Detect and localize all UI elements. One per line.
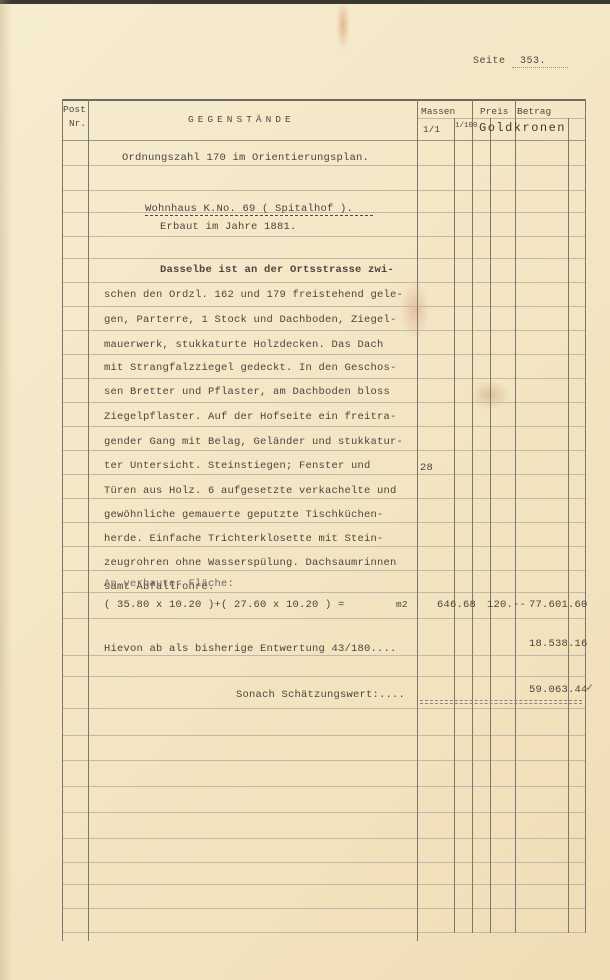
ruled-row-line <box>62 450 585 451</box>
description-line: zeugrohren ohne Wasserspülung. Dachsaumr… <box>104 557 397 569</box>
gegenstaende-header: GEGENSTÄNDE <box>188 114 295 125</box>
page-binding-shadow <box>0 0 12 980</box>
preis-column-divider <box>472 99 473 933</box>
description-line: gender Gang mit Belag, Geländer und stuk… <box>104 436 403 448</box>
description-line: sen Bretter und Pflaster, am Dachboden b… <box>104 386 390 398</box>
ruled-row-line <box>62 812 585 813</box>
ruled-row-line <box>62 165 585 166</box>
ruled-row-line <box>62 236 585 237</box>
massen-sub-divider <box>454 118 455 933</box>
description-line: ter Untersicht. Steinstiegen; Fenster un… <box>104 460 371 472</box>
ruled-row-line <box>62 908 585 909</box>
header-bottom-border <box>62 140 585 141</box>
ruled-row-line <box>62 655 585 656</box>
ruled-row-line <box>62 330 585 331</box>
result-double-underline <box>420 700 582 701</box>
building-title: Wohnhaus K.No. 69 ( Spitalhof ). <box>145 203 353 215</box>
description-line: Dasselbe ist an der Ortsstrasse zwi- <box>160 264 394 276</box>
description-line: mit Strangfalzziegel gedeckt. In den Ges… <box>104 362 397 374</box>
ordnungszahl-line: Ordnungszahl 170 im Orientierungsplan. <box>122 152 369 164</box>
margin-number: 28 <box>420 462 433 474</box>
table-left-border <box>62 99 63 941</box>
area-value: 646.68 <box>437 599 476 611</box>
ruled-row-line <box>62 708 585 709</box>
table-top-border <box>62 99 585 101</box>
ruled-row-line <box>62 306 585 307</box>
massen-column-divider <box>417 99 418 941</box>
ruled-row-line <box>62 932 585 933</box>
preis-header: Preis <box>480 106 509 117</box>
construction-year: Erbaut im Jahre 1881. <box>160 221 297 233</box>
table-right-border <box>585 99 586 933</box>
ruled-row-line <box>62 378 585 379</box>
description-line: gen, Parterre, 1 Stock und Dachboden, Zi… <box>104 314 397 326</box>
area-unit: m2 <box>396 599 408 610</box>
ruled-row-line <box>62 676 585 677</box>
ruled-row-line <box>62 354 585 355</box>
betrag-header: Betrag <box>517 106 551 117</box>
description-line: schen den Ordzl. 162 und 179 freistehend… <box>104 289 403 301</box>
post-column-divider <box>88 99 89 941</box>
massen-unit-whole: 1/1 <box>423 124 440 135</box>
page-number-value: 353. <box>512 56 568 68</box>
title-underline <box>145 215 373 216</box>
ruled-row-line <box>62 522 585 523</box>
checkmark-icon: ✓ <box>586 680 593 695</box>
ruled-row-line <box>62 426 585 427</box>
ruled-row-line <box>62 474 585 475</box>
ruled-row-line <box>62 618 585 619</box>
unit-price: 120.-- <box>487 599 526 611</box>
area-formula: ( 35.80 x 10.20 )+( 27.60 x 10.20 ) = <box>104 599 345 611</box>
result-double-underline <box>420 703 582 704</box>
preis-sub-divider <box>490 118 491 933</box>
currency-header: Goldkronen <box>479 121 566 135</box>
description-line: mauerwerk, stukkaturte Holzdecken. Das D… <box>104 339 384 351</box>
stain-mark <box>336 0 350 50</box>
ruled-row-line <box>62 838 585 839</box>
ruled-row-line <box>62 546 585 547</box>
page-label: Seite <box>473 56 506 67</box>
description-line: Türen aus Holz. 6 aufgesetzte verkachelt… <box>104 485 397 497</box>
description-line: herde. Einfache Trichterklosette mit Ste… <box>104 533 384 545</box>
total-value: 77.601.60 <box>529 599 588 611</box>
betrag-sub-divider <box>568 118 569 933</box>
post-header: Post Nr. <box>63 103 86 131</box>
ruled-row-line <box>62 190 585 191</box>
deduction-value: 18.538.16 <box>529 638 588 650</box>
betrag-column-divider <box>515 99 516 933</box>
ruled-row-line <box>62 498 585 499</box>
ruled-row-line <box>62 735 585 736</box>
area-label: An verbauter Fläche: <box>104 578 234 590</box>
stain-mark <box>400 280 430 340</box>
ruled-row-line <box>62 884 585 885</box>
ruled-row-line <box>62 258 585 259</box>
ruled-row-line <box>62 402 585 403</box>
massen-unit-hundredth: 1/100 <box>455 122 478 130</box>
result-label: Sonach Schätzungswert:.... <box>236 689 405 701</box>
description-line: gewöhnliche gemauerte geputzte Tischküch… <box>104 509 384 521</box>
ruled-row-line <box>62 570 585 571</box>
deduction-label: Hievon ab als bisherige Entwertung 43/18… <box>104 643 397 655</box>
ruled-row-line <box>62 760 585 761</box>
result-value: 59.063.44 <box>529 684 588 696</box>
ruled-row-line <box>62 862 585 863</box>
scan-top-edge <box>0 0 610 4</box>
ruled-row-line <box>62 786 585 787</box>
description-line: Ziegelpflaster. Auf der Hofseite ein fre… <box>104 411 397 423</box>
page-number: Seite 353. <box>473 56 568 67</box>
massen-header: Massen <box>421 106 455 117</box>
header-sub-divider <box>417 118 585 119</box>
ruled-row-line <box>62 282 585 283</box>
